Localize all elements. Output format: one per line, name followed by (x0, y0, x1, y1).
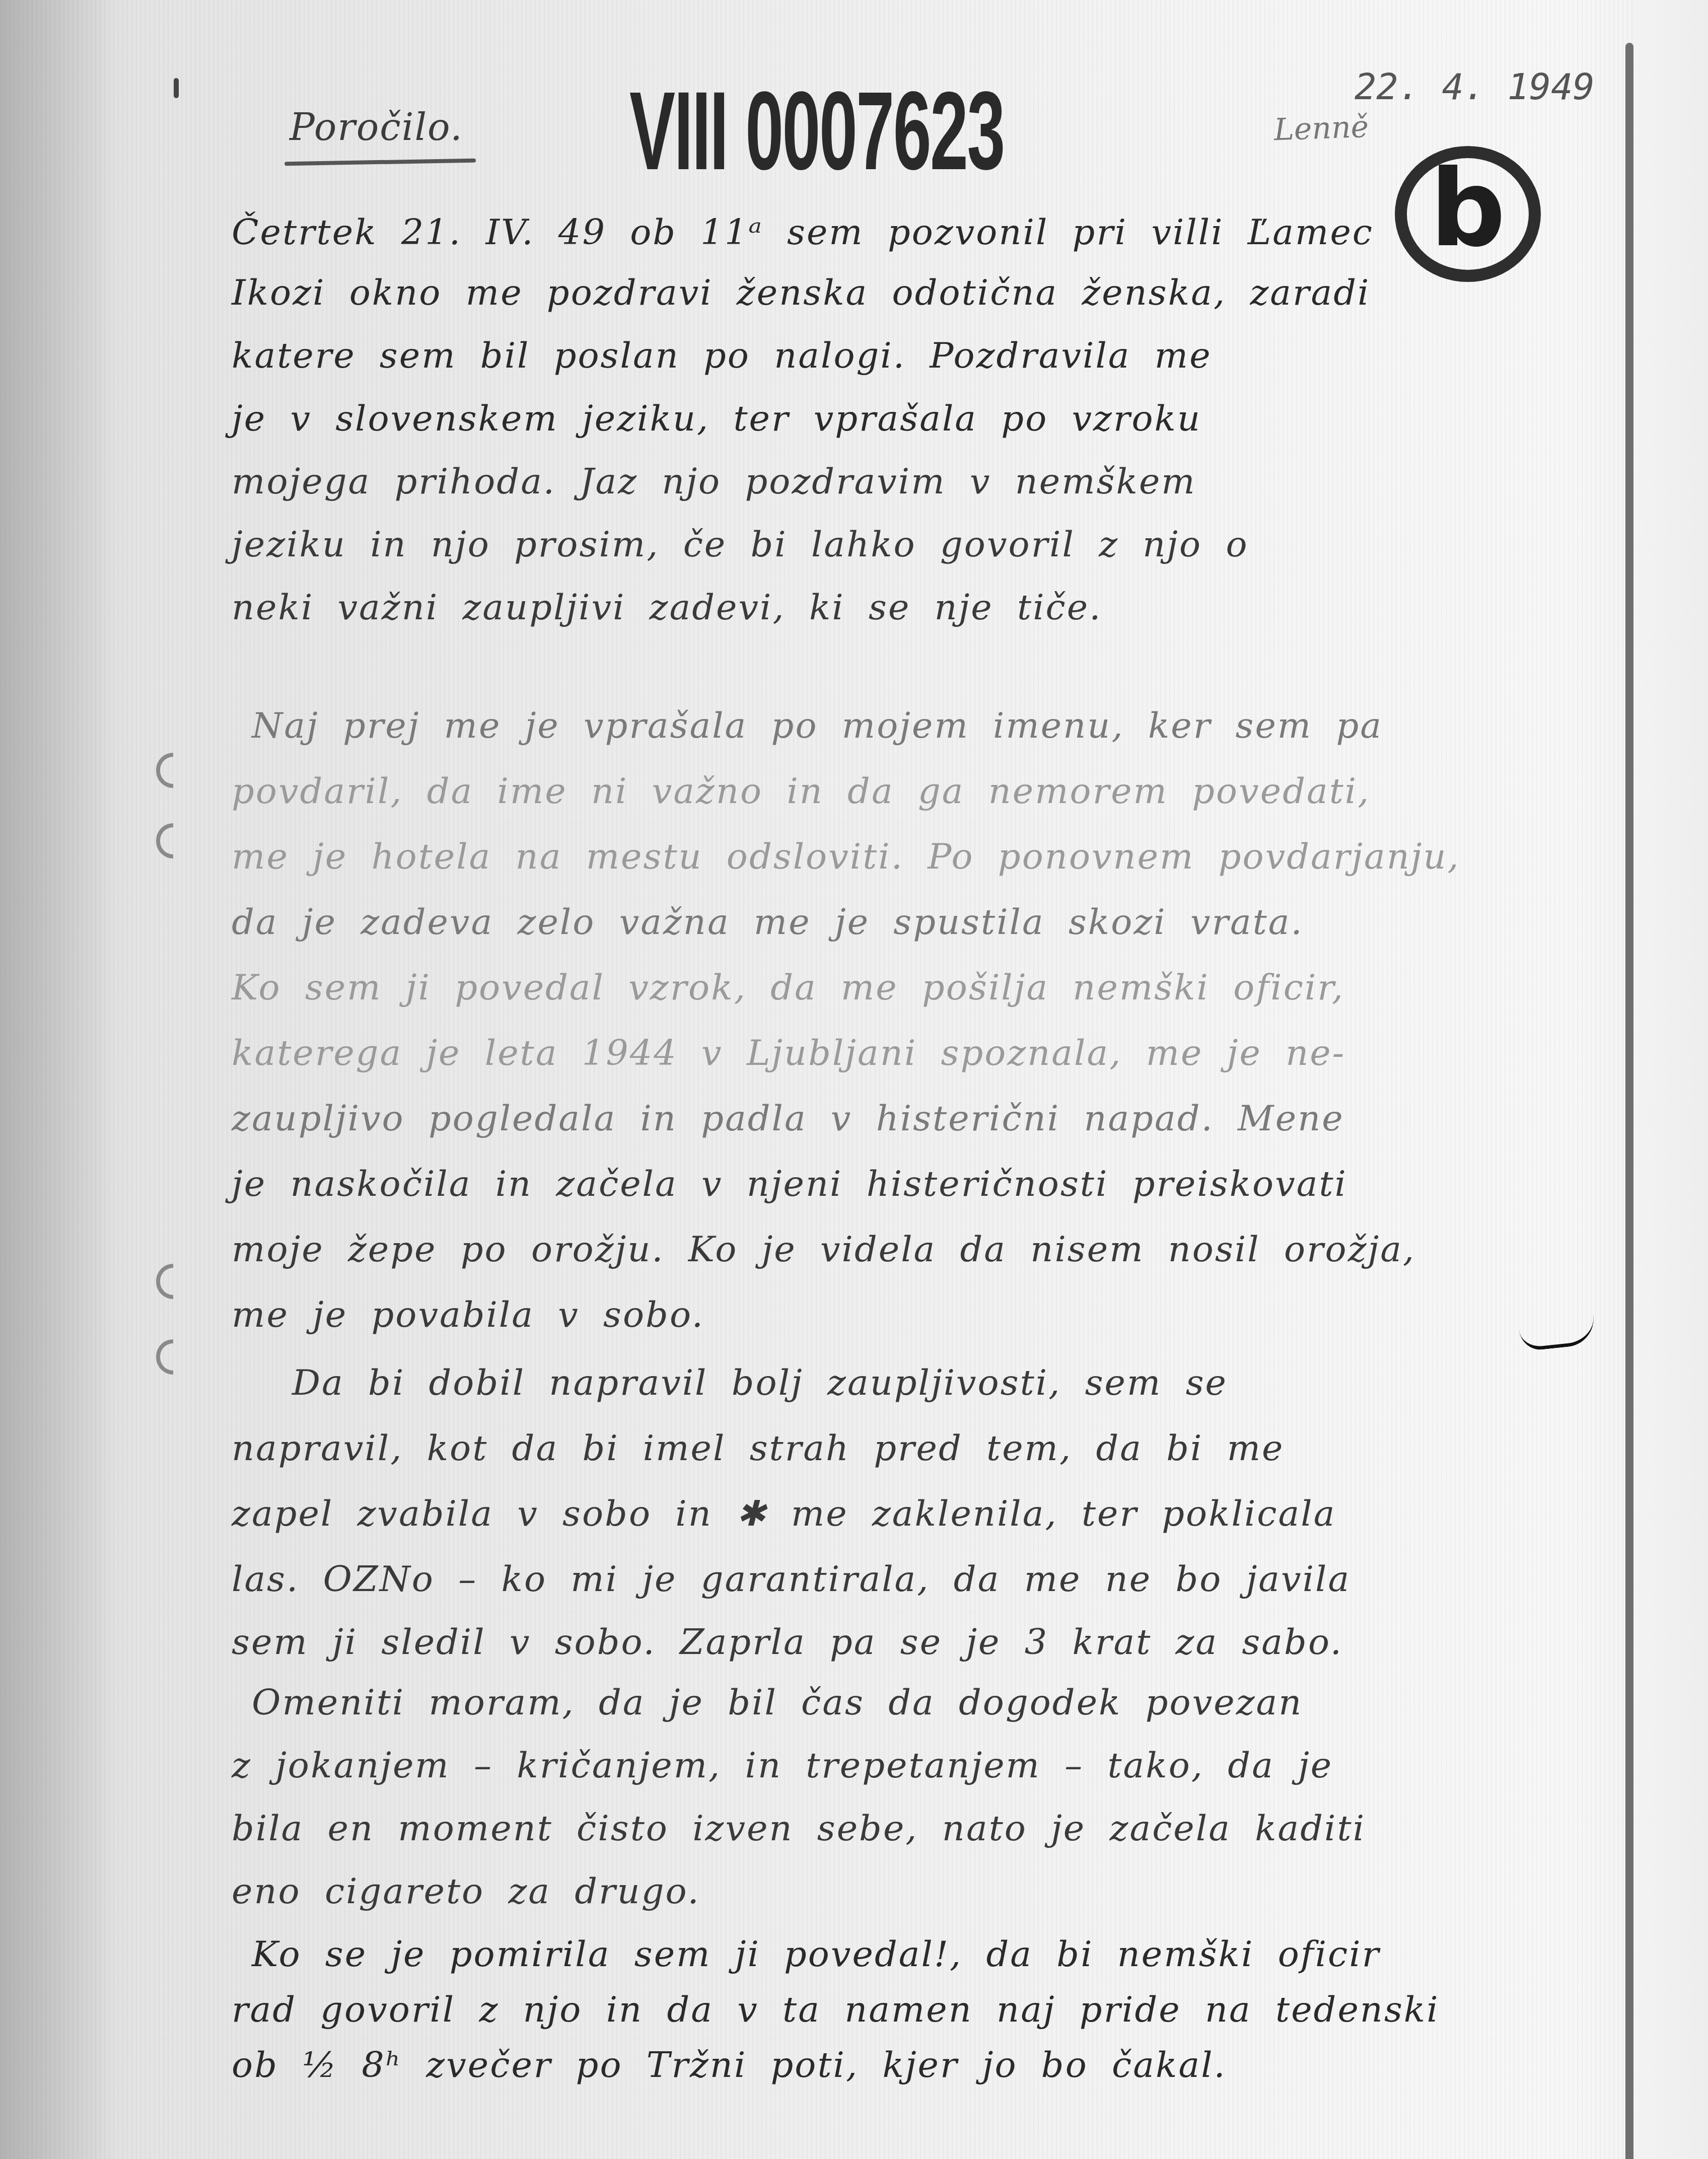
document-date: 22. 4. 1949 (1355, 65, 1595, 108)
text-line: Omeniti moram, da je bil čas da dogodek … (252, 1682, 1303, 1723)
pen-stroke-mark (1518, 1315, 1596, 1351)
margin-bracket-icon (156, 1264, 173, 1299)
text-line: neki važni zaupljivi zadevi, ki se nje t… (232, 587, 1102, 628)
text-line: sem ji sledil v sobo. Zaprla pa se je 3 … (232, 1621, 1343, 1663)
text-line: me je povabila v sobo. (232, 1294, 704, 1335)
margin-bracket-icon (156, 1339, 173, 1375)
circle-b-stamp-icon: b (1395, 146, 1541, 282)
text-line: las. OZNo – ko mi je garantirala, da me … (232, 1558, 1350, 1600)
text-line: Ikozi okno me pozdravi ženska odotična ž… (232, 272, 1370, 313)
text-line: eno cigareto za drugo. (232, 1870, 700, 1912)
text-line: me je hotela na mestu odsloviti. Po pono… (232, 836, 1460, 877)
margin-bracket-icon (156, 823, 173, 858)
text-line: Naj prej me je vprašala po mojem imenu, … (252, 705, 1383, 746)
signature: Lenně (1273, 109, 1369, 148)
text-line: da je zadeva zelo važna me je spustila s… (232, 901, 1304, 943)
scanned-page: Poročilo. VIII 0007623 22. 4. 1949 Lenně… (0, 0, 1708, 2159)
text-line: povdaril, da ime ni važno in da ga nemor… (232, 770, 1370, 812)
text-line: z jokanjem – kričanjem, in trepetanjem –… (232, 1745, 1333, 1786)
page-edge-strip (1633, 0, 1708, 2159)
text-line: je v slovenskem jeziku, ter vprašala po … (232, 398, 1201, 439)
scan-edge-shadow (0, 0, 116, 2159)
document-title: Poročilo. (290, 106, 463, 149)
stamp-letter: b (1430, 156, 1506, 262)
ink-mark (174, 78, 179, 98)
text-line: mojega prihoda. Jaz njo pozdravim v nemš… (232, 461, 1196, 502)
text-line: jeziku in njo prosim, če bi lahko govori… (232, 524, 1249, 565)
text-line: bila en moment čisto izven sebe, nato je… (232, 1808, 1366, 1849)
text-line: Četrtek 21. IV. 49 ob 11ᵃ sem pozvonil p… (232, 211, 1374, 253)
text-line: Ko se je pomirila sem ji povedal!, da bi… (252, 1933, 1380, 1975)
text-line: Da bi dobil napravil bolj zaupljivosti, … (292, 1362, 1228, 1403)
margin-bracket-icon (156, 753, 173, 788)
text-line: katerega je leta 1944 v Ljubljani spozna… (232, 1032, 1345, 1073)
text-line: Ko sem ji povedal vzrok, da me pošilja n… (232, 967, 1344, 1008)
archive-stamp-number: VIII 0007623 (629, 76, 1004, 186)
text-line: katere sem bil poslan po nalogi. Pozdrav… (232, 335, 1212, 376)
text-line: ob ½ 8ʰ zvečer po Tržni poti, kjer jo bo… (232, 2044, 1227, 2085)
page-edge-line (1625, 43, 1633, 2159)
text-line: zaupljivo pogledala in padla v histeričn… (232, 1098, 1344, 1139)
text-line: rad govoril z njo in da v ta namen naj p… (232, 1989, 1440, 2030)
text-line: moje žepe po orožju. Ko je videla da nis… (232, 1229, 1415, 1270)
text-line: zapel zvabila v sobo in ✱ me zaklenila, … (232, 1493, 1336, 1534)
title-underline (284, 159, 476, 166)
text-line: napravil, kot da bi imel strah pred tem,… (232, 1427, 1284, 1469)
text-line: je naskočila in začela v njeni histeričn… (232, 1163, 1347, 1204)
